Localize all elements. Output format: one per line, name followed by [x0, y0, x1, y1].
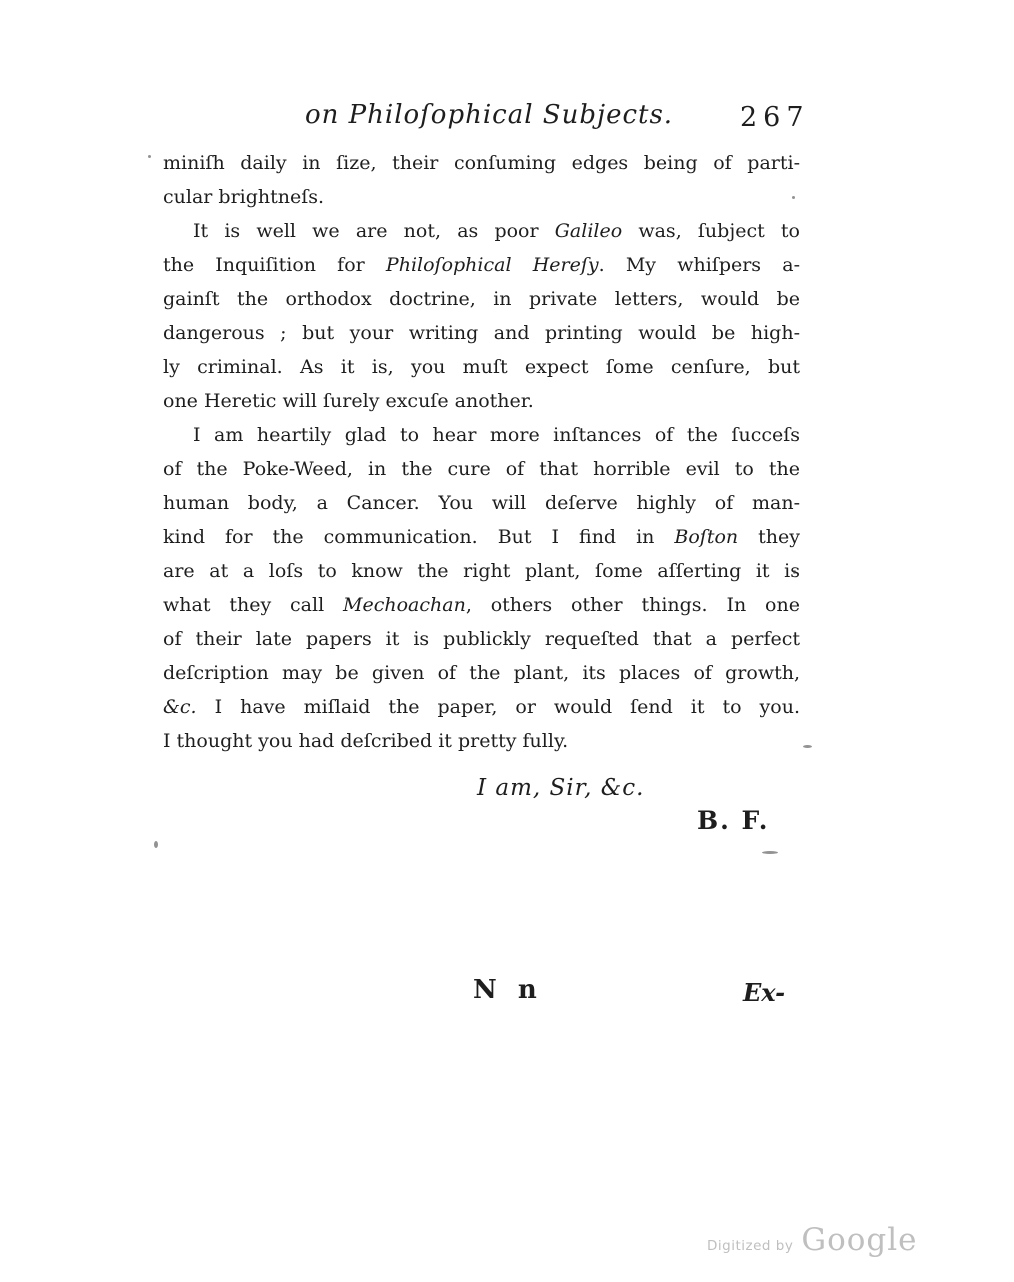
text-line: I thought you had deſcribed it pretty fu… — [163, 724, 800, 758]
page-number: 267 — [740, 102, 810, 133]
digitized-by-text: Digitized by — [707, 1238, 793, 1254]
text-line: cular brightneſs. — [163, 180, 800, 214]
scan-speck — [148, 155, 151, 158]
book-page: on Philoſophical Subjects. 267 miniſh da… — [0, 0, 1014, 1282]
text-line: kind for the communication. But I find i… — [163, 520, 800, 554]
catchword: Ex- — [743, 978, 785, 1007]
text-line: &c. I have miſlaid the paper, or would ſ… — [163, 690, 800, 724]
body-text: miniſh daily in ſize, their conſuming ed… — [163, 146, 800, 758]
text-line: of the Poke-Weed, in the cure of that ho… — [163, 452, 800, 486]
closing-salutation: I am, Sir, &c. — [477, 775, 644, 801]
running-title: on Philoſophical Subjects. — [305, 100, 673, 130]
scan-speck — [762, 851, 778, 854]
text-line: the Inquiſition for Philoſophical Hereſy… — [163, 248, 800, 282]
google-watermark: Digitized by Google — [707, 1222, 918, 1258]
text-line: are at a loſs to know the right plant, ſ… — [163, 554, 800, 588]
text-line: miniſh daily in ſize, their conſuming ed… — [163, 146, 800, 180]
text-line: what they call Mechoachan, others other … — [163, 588, 800, 622]
text-line: It is well we are not, as poor Galileo w… — [163, 214, 800, 248]
text-line: human body, a Cancer. You will deſerve h… — [163, 486, 800, 520]
scan-speck — [792, 196, 795, 199]
text-line: dangerous ; but your writing and printin… — [163, 316, 800, 350]
text-line: I am heartily glad to hear more inſtance… — [163, 418, 800, 452]
scan-speck — [803, 745, 812, 748]
scan-speck — [793, 570, 796, 574]
text-line: deſcription may be given of the plant, i… — [163, 656, 800, 690]
text-line: ly criminal. As it is, you muſt expect ſ… — [163, 350, 800, 384]
text-line: one Heretic will ſurely excuſe another. — [163, 384, 800, 418]
text-line: gainſt the orthodox doctrine, in private… — [163, 282, 800, 316]
scan-speck — [154, 841, 158, 848]
google-logo: Google — [801, 1222, 917, 1258]
signature-mark: N n — [473, 975, 543, 1005]
closing-signature: B. F. — [697, 806, 769, 835]
text-line: of their late papers it is publickly req… — [163, 622, 800, 656]
